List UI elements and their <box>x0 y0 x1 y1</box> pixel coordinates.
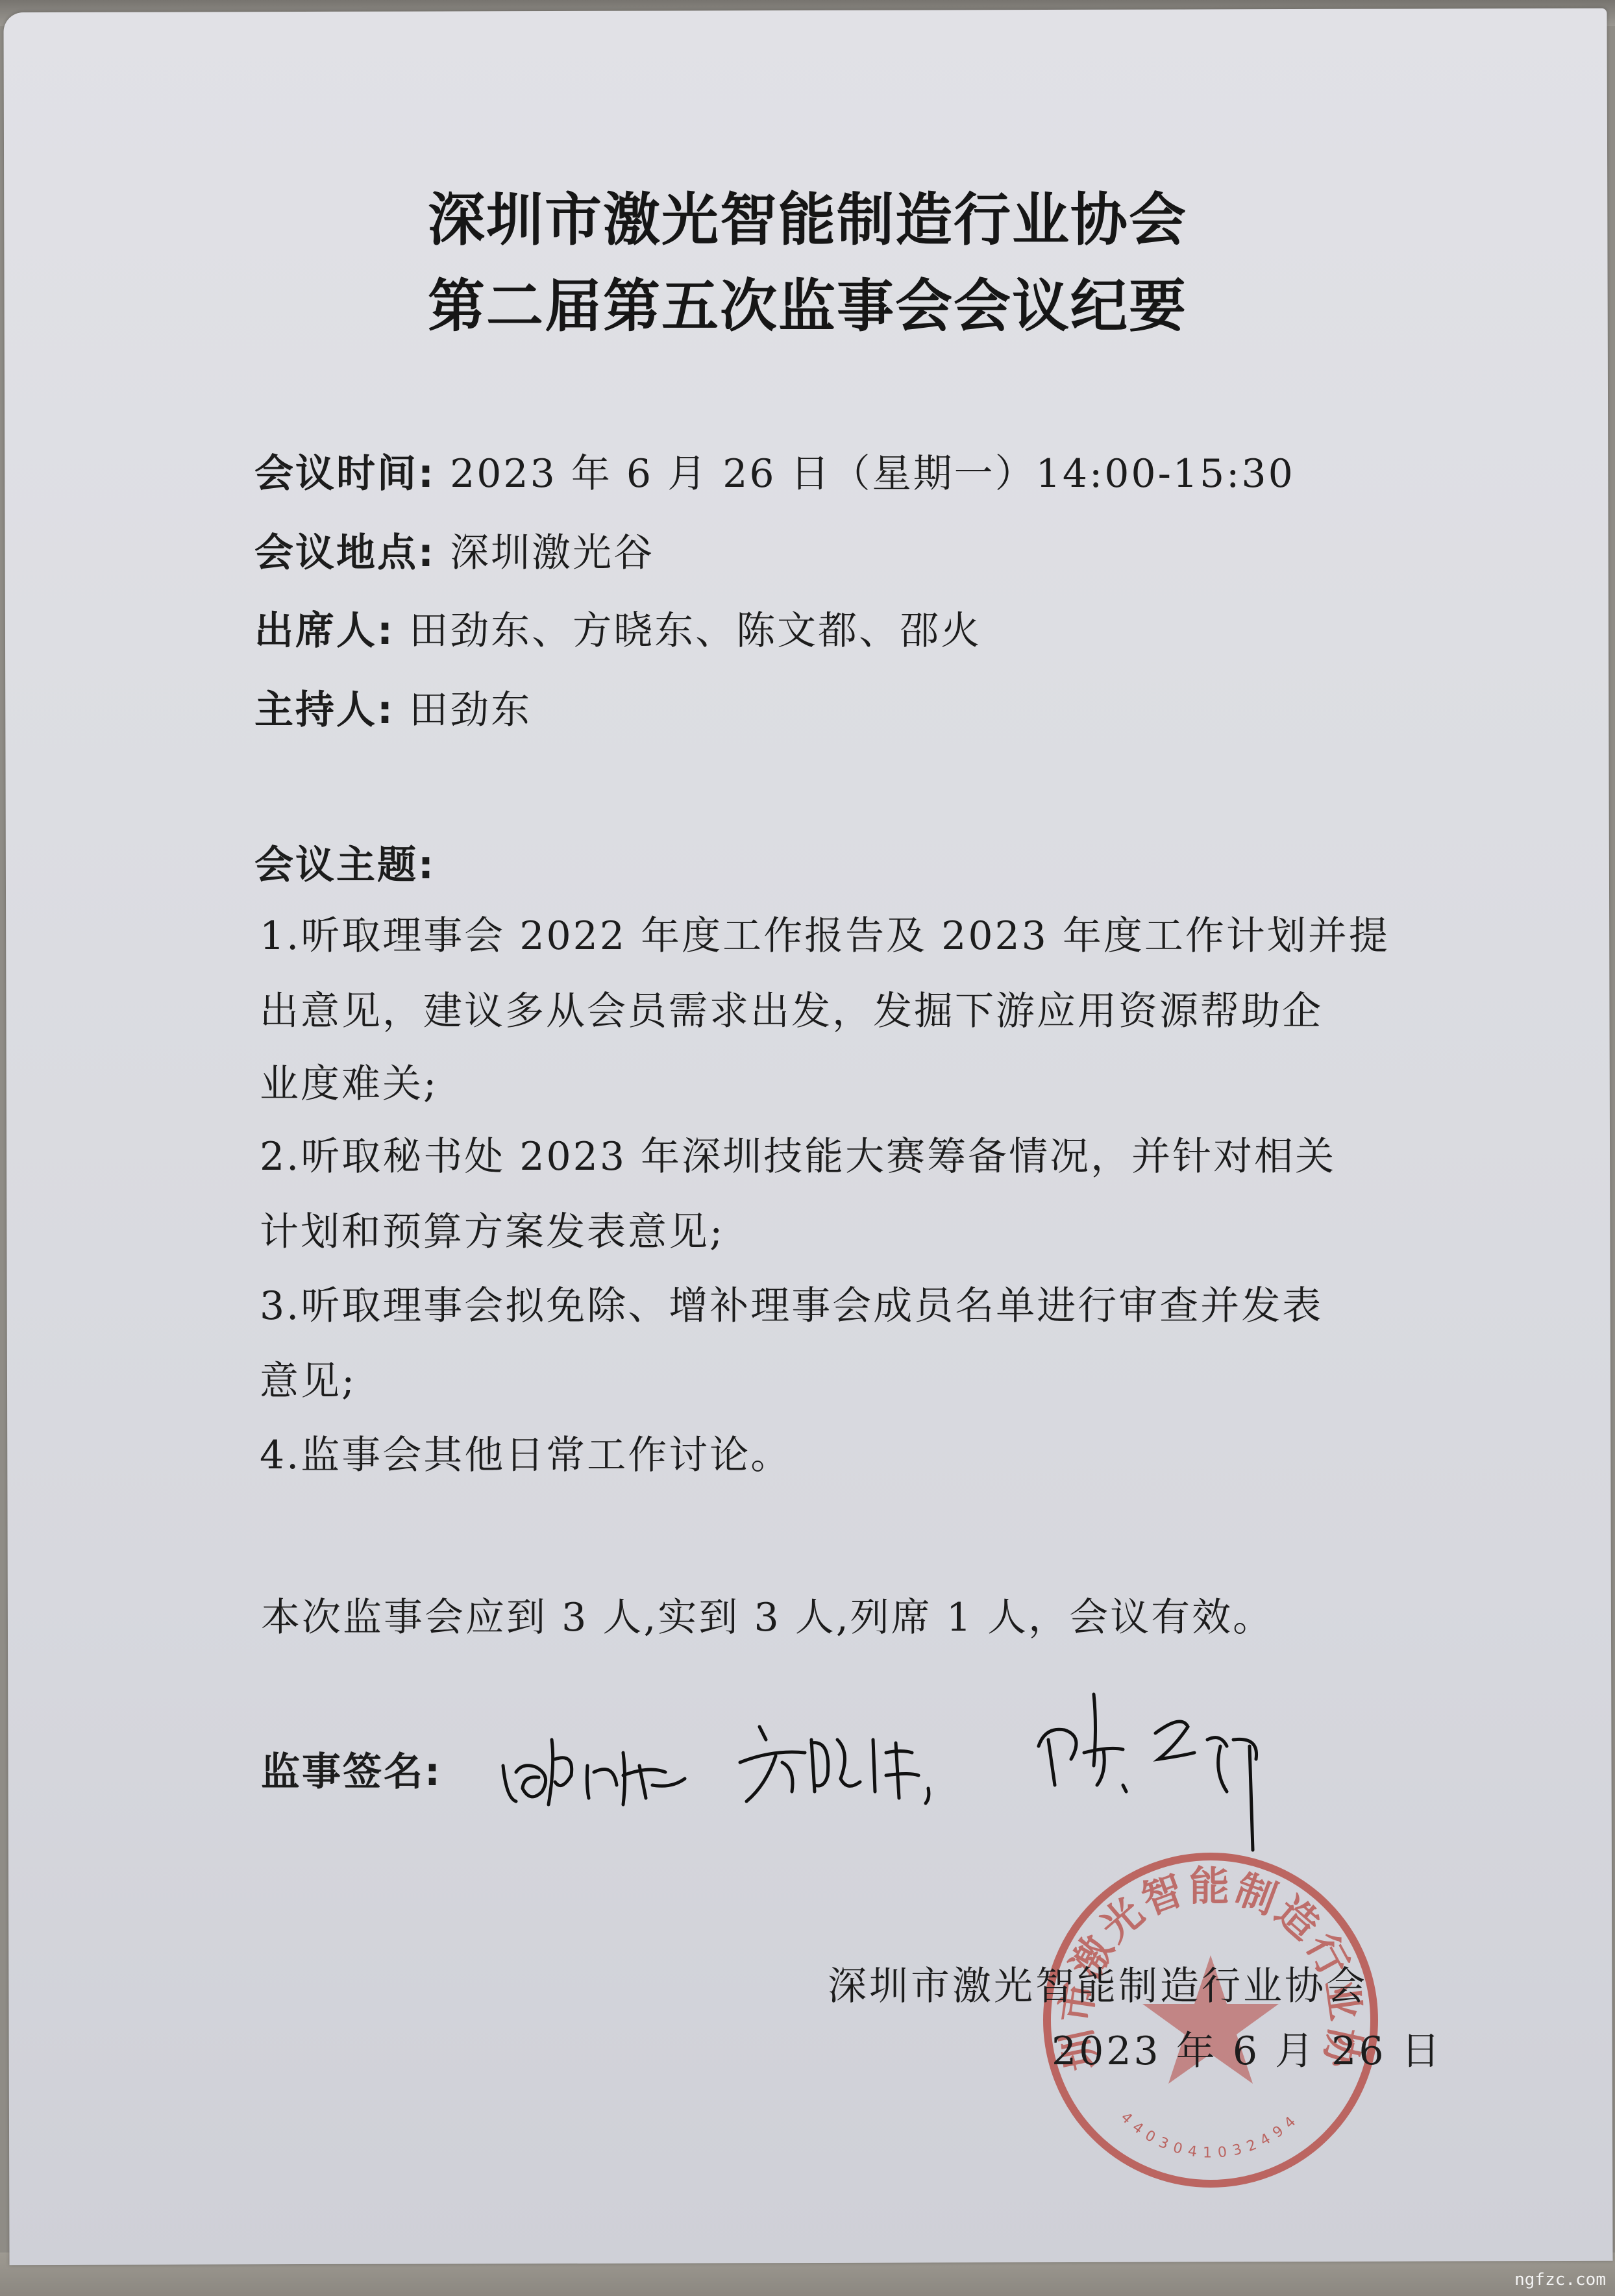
seal-code: 4403041032494 <box>1117 2109 1303 2161</box>
signatures-label: 监事签名: <box>261 1753 442 1792</box>
document-title-line2: 第二届第五次监事会会议纪要 <box>0 278 1615 335</box>
host-label: 主持人: <box>254 687 395 733</box>
agenda-line: 计划和预算方案发表意见; <box>260 1213 724 1252</box>
footer-organization: 深圳市激光智能制造行业协会 <box>828 1967 1368 2006</box>
footer-date: 2023 年 6 月 26 日 <box>1052 2032 1443 2071</box>
meeting-location-row: 会议地点: 深圳激光谷 <box>254 534 654 573</box>
agenda-line: 3.听取理事会拟免除、增补理事会成员名单进行审查并发表 <box>260 1287 1323 1326</box>
host-value: 田劲东 <box>409 687 532 733</box>
meeting-time-row: 会议时间: 2023 年 6 月 26 日（星期一）14:00-15:30 <box>254 454 1295 493</box>
agenda-line: 出意见，建议多从会员需求出发，发掘下游应用资源帮助企 <box>260 992 1323 1031</box>
attendees-value: 田劲东、方晓东、陈文都、邵火 <box>409 608 981 654</box>
svg-text:4403041032494: 4403041032494 <box>1117 2109 1303 2161</box>
signature-fang-xiaodong <box>734 1714 948 1818</box>
attendees-row: 出席人: 田劲东、方晓东、陈文都、邵火 <box>254 611 981 650</box>
document-title-line1: 深圳市激光智能制造行业协会 <box>0 191 1615 249</box>
meeting-location-value: 深圳激光谷 <box>450 530 654 576</box>
agenda-line: 1.听取理事会 2022 年度工作报告及 2023 年度工作计划并提 <box>260 917 1390 956</box>
meeting-time-label: 会议时间: <box>254 451 436 497</box>
signature-chen-wendu <box>1032 1688 1305 1857</box>
official-seal-icon: 深圳市激光智能制造行业协会 4403041032494 <box>1035 1845 1386 2195</box>
signature-tian-jindong <box>490 1727 704 1818</box>
attendees-label: 出席人: <box>254 608 395 654</box>
meeting-location-label: 会议地点: <box>254 530 436 576</box>
agenda-line: 2.听取秘书处 2023 年深圳技能大赛筹备情况，并针对相关 <box>260 1137 1336 1176</box>
attendance-summary: 本次监事会应到 3 人,实到 3 人,列席 1 人，会议有效。 <box>261 1598 1274 1637</box>
agenda-line: 意见; <box>260 1362 356 1401</box>
host-row: 主持人: 田劲东 <box>254 691 532 730</box>
agenda-line: 4.监事会其他日常工作讨论。 <box>260 1436 791 1475</box>
watermark-text: ngfzc.com <box>1514 2270 1606 2290</box>
agenda-heading: 会议主题: <box>254 846 436 885</box>
meeting-time-value: 2023 年 6 月 26 日（星期一）14:00-15:30 <box>450 451 1295 497</box>
agenda-line: 业度难关; <box>260 1065 438 1104</box>
